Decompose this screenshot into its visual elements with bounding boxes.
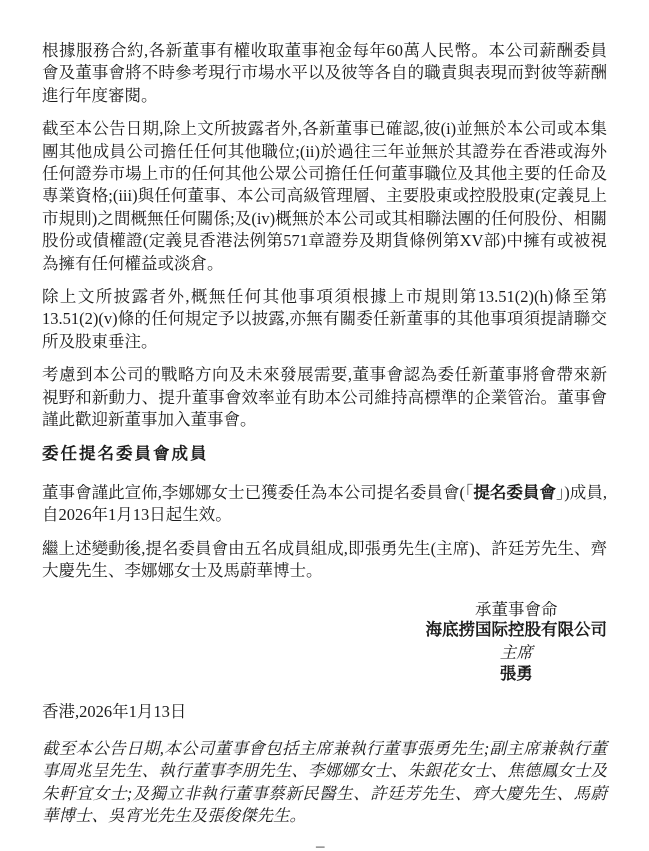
paragraph-nomination-appointment: 董事會謹此宣佈,李娜娜女士已獲委任為本公司提名委員會(「提名委員會」)成員,自2… <box>42 482 607 527</box>
company-name: 海底捞国际控股有限公司 <box>426 620 608 642</box>
paragraph-committee-composition: 繼上述變動後,提名委員會由五名成員組成,即張勇先生(主席)、許廷芳先生、齊大慶先… <box>42 538 607 583</box>
paragraph-board-composition: 截至本公告日期,本公司董事會包括主席兼執行董事張勇先生;副主席兼執行董事周兆呈先… <box>42 738 607 828</box>
signature-block: 承董事會命 海底捞国际控股有限公司 主席 張勇 <box>426 599 608 686</box>
paragraph-director-fee: 根據服務合約,各新董事有權收取董事袍金每年60萬人民幣。本公司薪酬委員會及董事會… <box>42 40 607 107</box>
paragraph-confirmations: 截至本公告日期,除上文所披露者外,各新董事已確認,彼(i)並無於本公司或本集團其… <box>42 118 607 275</box>
nomination-appointment-pre: 董事會謹此宣佈,李娜娜女士已獲委任為本公司提名委員會(「 <box>42 483 473 502</box>
dateline: 香港,2026年1月13日 <box>42 701 607 723</box>
signer-title: 主席 <box>426 642 608 664</box>
nomination-committee-defined-term: 提名委員會 <box>473 484 556 502</box>
content-area: 根據服務合約,各新董事有權收取董事袍金每年60萬人民幣。本公司薪酬委員會及董事會… <box>42 40 607 827</box>
paragraph-disclosure: 除上文所披露者外,概無任何其他事項須根據上市規則第13.51(2)(h)條至第1… <box>42 286 607 353</box>
by-order-of-board-line: 承董事會命 <box>426 599 608 621</box>
announcement-page: 根據服務合約,各新董事有權收取董事袍金每年60萬人民幣。本公司薪酬委員會及董事會… <box>0 0 649 851</box>
section-heading-nomination-committee: 委任提名委員會成員 <box>42 443 607 465</box>
page-footer-marker: – <box>316 836 325 851</box>
signer-name: 張勇 <box>426 664 608 686</box>
paragraph-board-welcome: 考慮到本公司的戰略方向及未來發展需要,董事會認為委任新董事將會帶來新視野和新動力… <box>42 364 607 431</box>
